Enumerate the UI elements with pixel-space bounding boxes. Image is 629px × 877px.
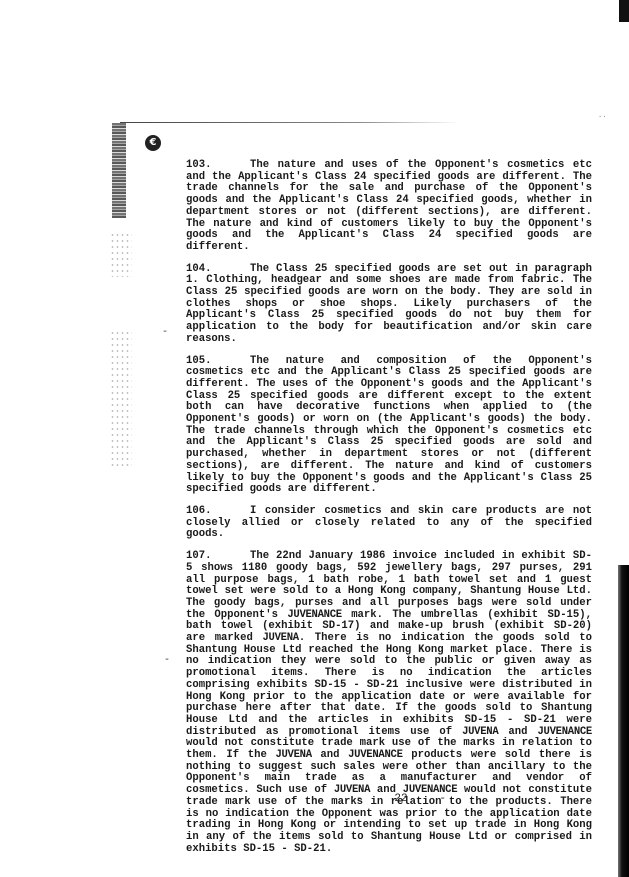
paragraph-text: The nature and composition of the Oppone… xyxy=(186,355,592,496)
paragraph-103: 103.The nature and uses of the Opponent'… xyxy=(186,160,592,254)
paragraph-text: and xyxy=(312,749,348,761)
header-rule xyxy=(120,122,460,123)
paragraph-107: 107.The 22nd January 1986 invoice includ… xyxy=(186,551,592,855)
footer-dash: - xyxy=(439,793,446,805)
trade-mark-name: JUVENANCE xyxy=(537,726,592,738)
paragraph-106: 106.I consider cosmetics and skin care p… xyxy=(186,506,592,541)
scan-edge-top xyxy=(619,0,629,22)
trade-mark-name: JUVENA xyxy=(262,632,298,644)
scan-specks xyxy=(110,330,132,470)
paragraph-text: The nature and uses of the Opponent's co… xyxy=(186,159,592,253)
page-footer: - 22 - xyxy=(356,793,446,805)
paragraph-text: The Class 25 specified goods are set out… xyxy=(186,263,592,345)
trade-mark-name: JUVENA xyxy=(462,726,498,738)
page-number: 22 xyxy=(394,793,407,805)
scan-artifact-left xyxy=(112,123,126,218)
trade-mark-name: JUVENA xyxy=(275,749,311,761)
document-body: 103.The nature and uses of the Opponent'… xyxy=(186,160,592,865)
margin-mark: - xyxy=(162,327,168,338)
trade-mark-name: JUVENANCE xyxy=(348,749,403,761)
scan-edge-right xyxy=(618,565,629,877)
paragraph-text: and xyxy=(498,726,537,738)
footer-dash: - xyxy=(356,793,363,805)
scan-specks xyxy=(110,232,132,277)
trade-mark-name: JUVENANCE xyxy=(287,609,342,621)
margin-mark: - xyxy=(164,655,170,666)
paragraph-text: . There is no indication the goods sold … xyxy=(186,632,592,738)
document-page: € .. - - 103.The nature and uses of the … xyxy=(0,0,629,877)
paragraph-105: 105.The nature and composition of the Op… xyxy=(186,356,592,496)
scan-specks-right: .. xyxy=(598,112,608,122)
stamp-logo-icon: € xyxy=(145,135,161,151)
paragraph-104: 104.The Class 25 specified goods are set… xyxy=(186,264,592,346)
